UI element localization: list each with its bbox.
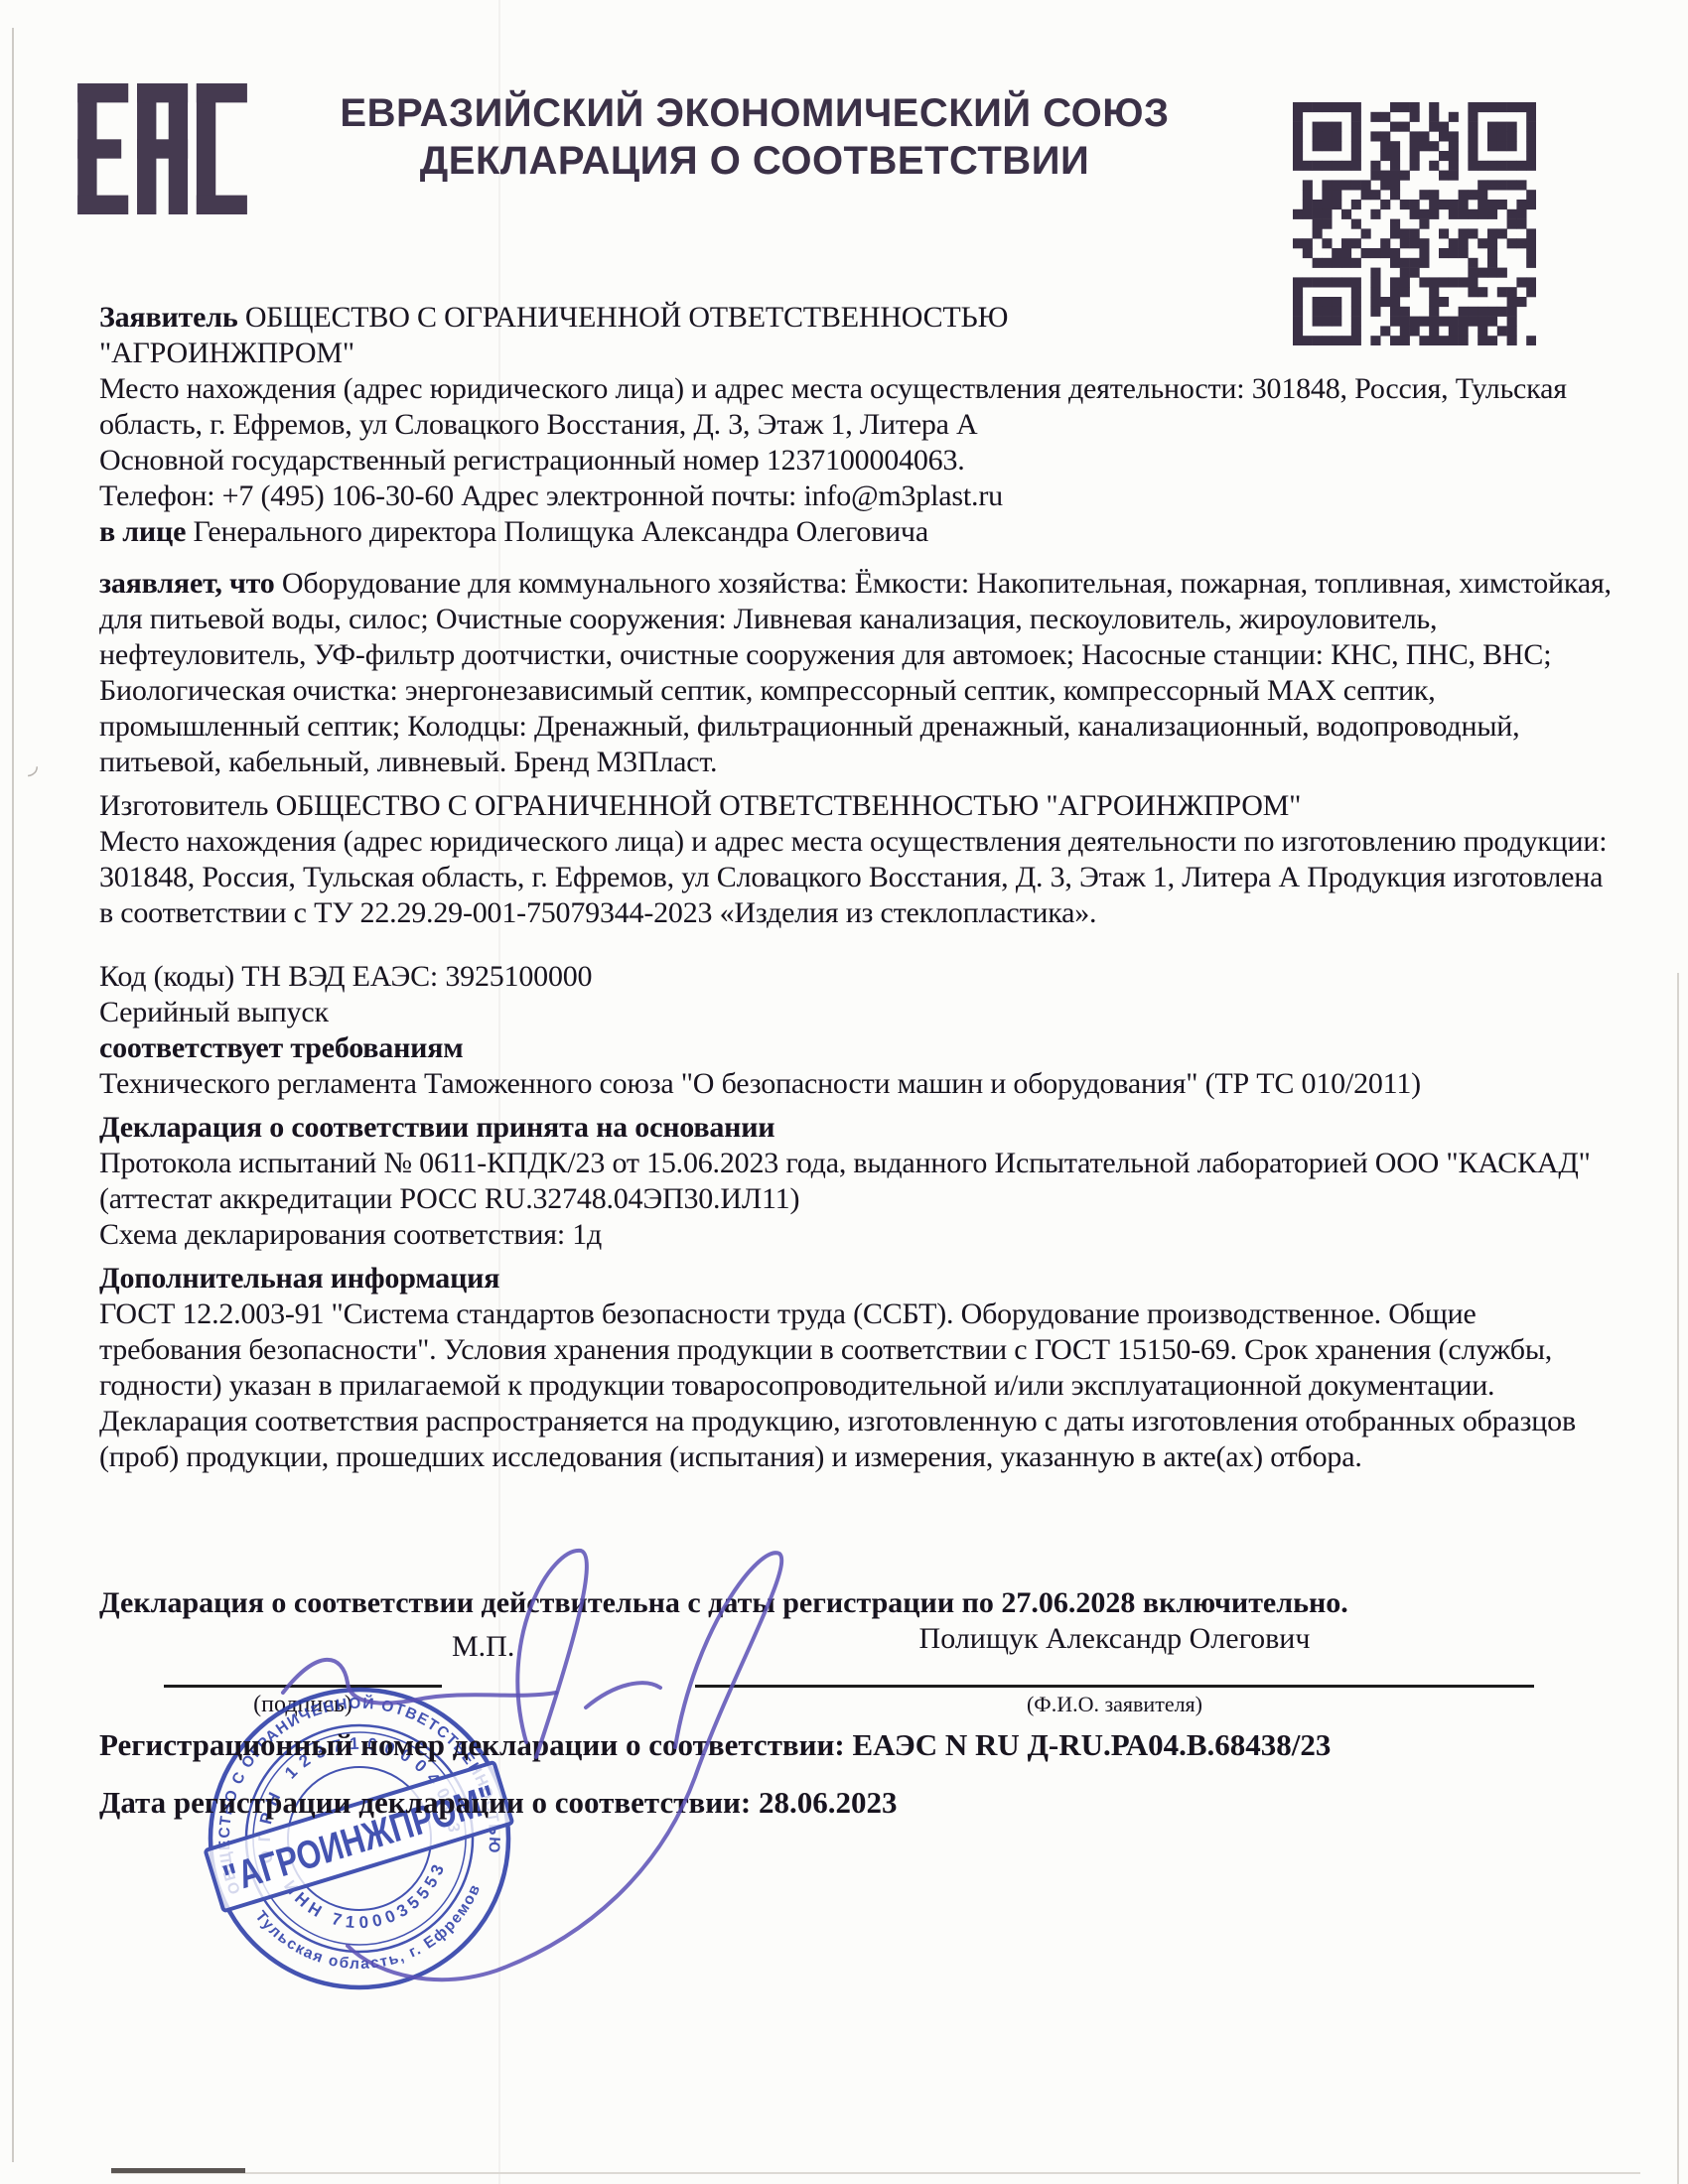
eac-logo-icon	[77, 83, 248, 219]
scan-edge-left	[12, 28, 14, 2162]
compliance-label: соответствует требованиям	[99, 1030, 1620, 1066]
applicant-name-line: Заявитель ОБЩЕСТВО С ОГРАНИЧЕННОЙ ОТВЕТС…	[99, 300, 1620, 336]
applicant-ogrn: Основной государственный регистрационный…	[99, 443, 1620, 478]
title-line-union: ЕВРАЗИЙСКИЙ ЭКОНОМИЧЕСКИЙ СОЮЗ	[318, 89, 1192, 137]
document-body: Заявитель ОБЩЕСТВО С ОГРАНИЧЕННОЙ ОТВЕТС…	[99, 300, 1620, 1475]
additional-label: Дополнительная информация	[99, 1261, 1620, 1297]
additional-info-section: Дополнительная информация ГОСТ 12.2.003-…	[99, 1261, 1620, 1475]
manufacturer-name-line: Изготовитель ОБЩЕСТВО С ОГРАНИЧЕННОЙ ОТВ…	[99, 788, 1620, 824]
compliance-section: соответствует требованиям Технического р…	[99, 1030, 1620, 1102]
handwritten-signature	[238, 1519, 834, 1995]
applicant-name-line2: "АГРОИНЖПРОМ"	[99, 336, 1620, 371]
applicant-section: Заявитель ОБЩЕСТВО С ОГРАНИЧЕННОЙ ОТВЕТС…	[99, 300, 1620, 550]
compliance-text: Технического регламента Таможенного союз…	[99, 1066, 1620, 1102]
in-person-label: в лице	[99, 515, 186, 548]
issue-type-line: Серийный выпуск	[99, 995, 1620, 1030]
tnved-code-line: Код (коды) ТН ВЭД ЕАЭС: 3925100000	[99, 959, 1620, 995]
product-section: Код (коды) ТН ВЭД ЕАЭС: 3925100000 Серий…	[99, 959, 1620, 1030]
applicant-address: Место нахождения (адрес юридического лиц…	[99, 371, 1620, 443]
declares-paragraph: заявляет, что Оборудование для коммуналь…	[99, 566, 1620, 780]
declaration-document: ЕВРАЗИЙСКИЙ ЭКОНОМИЧЕСКИЙ СОЮЗ ДЕКЛАРАЦИ…	[0, 0, 1688, 2184]
document-title: ЕВРАЗИЙСКИЙ ЭКОНОМИЧЕСКИЙ СОЮЗ ДЕКЛАРАЦИ…	[318, 89, 1192, 185]
manufacturer-details: Место нахождения (адрес юридического лиц…	[99, 824, 1620, 931]
scan-edge-mark	[111, 2168, 245, 2173]
basis-scheme: Схема декларирования соответствия: 1д	[99, 1217, 1620, 1253]
basis-section: Декларация о соответствии принята на осн…	[99, 1110, 1620, 1253]
manufacturer-label: Изготовитель	[99, 789, 268, 822]
basis-text: Протокола испытаний № 0611-КПДК/23 от 15…	[99, 1146, 1620, 1217]
manufacturer-section: Изготовитель ОБЩЕСТВО С ОГРАНИЧЕННОЙ ОТВ…	[99, 788, 1620, 931]
scan-edge-right	[1677, 973, 1679, 2184]
applicant-in-person: в лице Генерального директора Полищука А…	[99, 514, 1620, 550]
title-line-declaration: ДЕКЛАРАЦИЯ О СООТВЕТСТВИИ	[318, 137, 1192, 185]
scan-artifact: ◞	[28, 751, 38, 780]
basis-label: Декларация о соответствии принята на осн…	[99, 1110, 1620, 1146]
applicant-phone: Телефон: +7 (495) 106-30-60 Адрес электр…	[99, 478, 1620, 514]
declares-label: заявляет, что	[99, 567, 275, 600]
applicant-label: Заявитель	[99, 301, 238, 334]
additional-text: ГОСТ 12.2.003-91 "Система стандартов без…	[99, 1297, 1620, 1475]
scan-edge-bottom	[111, 2172, 1640, 2174]
